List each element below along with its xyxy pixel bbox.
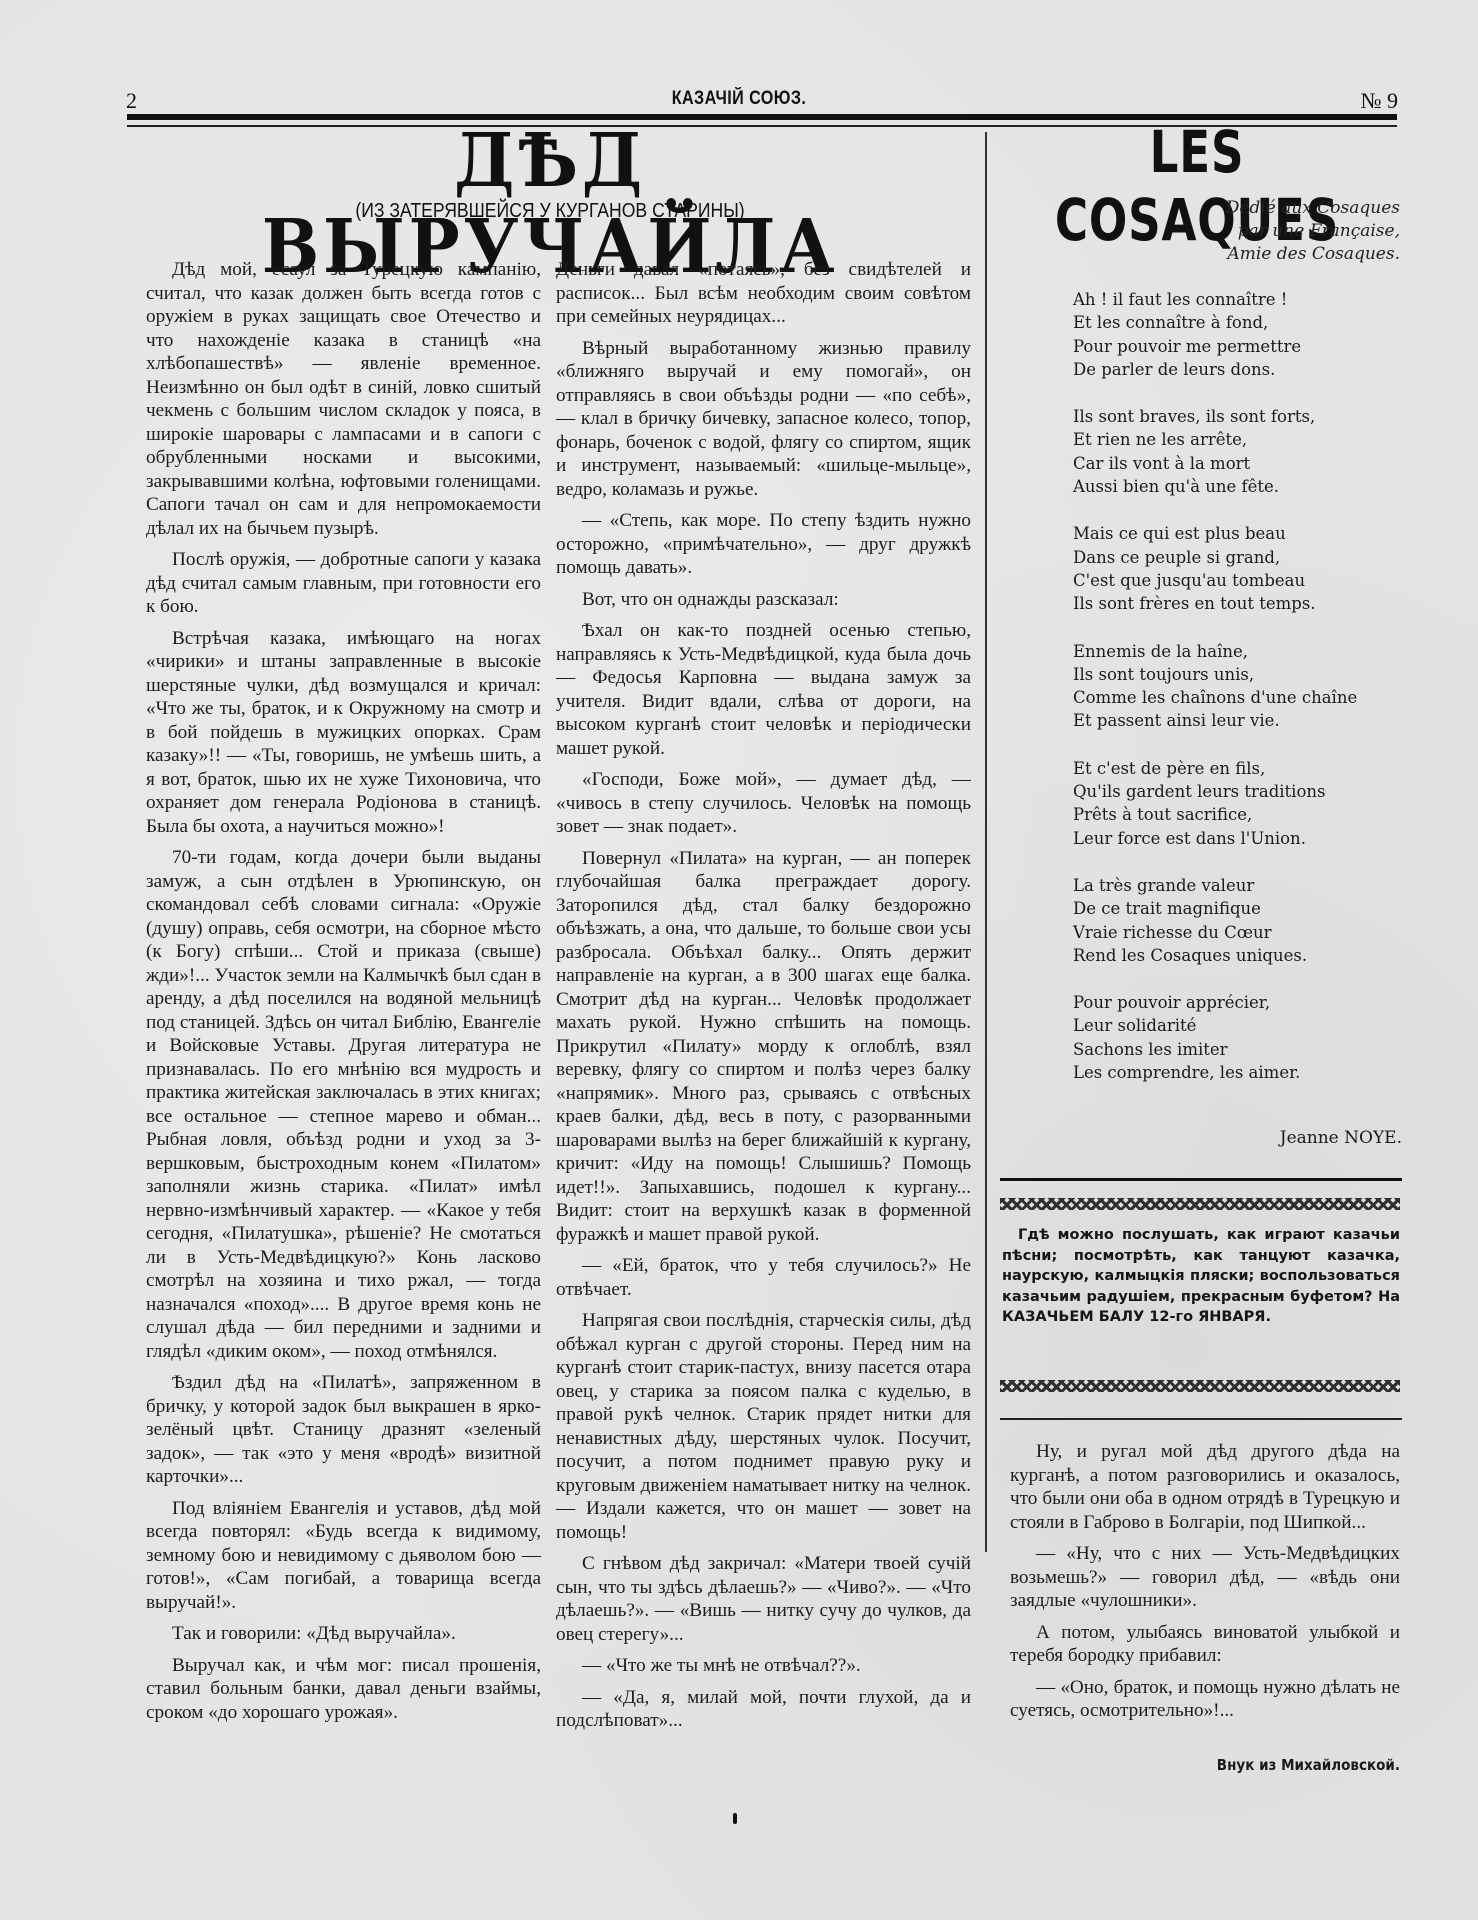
column-divider bbox=[985, 132, 987, 1552]
stanza: Mais ce qui est plus beau Dans ce peuple… bbox=[1073, 522, 1403, 615]
paragraph: — «Степь, как море. По степу ѣздить нужн… bbox=[556, 509, 971, 580]
paragraph: Встрѣчая казака, имѣющаго на ногах «чири… bbox=[146, 627, 541, 839]
poem-line: Et rien ne les arrête, bbox=[1073, 428, 1403, 451]
poem-line: Et les connaître à fond, bbox=[1073, 311, 1403, 334]
article-subtitle: (ИЗ ЗАТЕРЯВШЕЙСЯ У КУРГАНОВ СТАРИНЫ) bbox=[189, 200, 911, 223]
poem-line: Vraie richesse du Cœur bbox=[1073, 921, 1403, 944]
dedication-line: Dédié aux Cosaques bbox=[1100, 197, 1400, 220]
poem-line: Et passent ainsi leur vie. bbox=[1073, 709, 1403, 732]
dedication-line: Amie des Cosaques. bbox=[1100, 243, 1400, 266]
paragraph: Ну, и ругал мой дѣд другого дѣда на кург… bbox=[1010, 1440, 1400, 1534]
poem-line: Pour pouvoir apprécier, bbox=[1073, 991, 1403, 1014]
paragraph: — «Да, я, милай мой, почти глухой, да и … bbox=[556, 1686, 971, 1733]
zigzag-border-top bbox=[1000, 1198, 1400, 1210]
paragraph: 70-ти годам, когда дочери были выданы за… bbox=[146, 846, 541, 1363]
poem-line: De parler de leurs dons. bbox=[1073, 358, 1403, 381]
paragraph: — «Ей, браток, что у тебя случилось?» Не… bbox=[556, 1254, 971, 1301]
article-column-3: Ну, и ругал мой дѣд другого дѣда на кург… bbox=[1010, 1440, 1400, 1731]
poem-line: Sachons les imiter bbox=[1073, 1038, 1403, 1061]
stanza: Ils sont braves, ils sont forts, Et rien… bbox=[1073, 405, 1403, 498]
paragraph: Под вліяніем Евангелія и уставов, дѣд мо… bbox=[146, 1497, 541, 1615]
poem-line: La très grande valeur bbox=[1073, 874, 1403, 897]
stanza: Ennemis de la haîne, Ils sont toujours u… bbox=[1073, 640, 1403, 733]
paragraph: Ѣздил дѣд на «Пилатѣ», запряженном в бри… bbox=[146, 1371, 541, 1489]
paragraph: — «Оно, браток, и помощь нужно дѣлать не… bbox=[1010, 1676, 1400, 1723]
paragraph: Напрягая свои послѣднія, старческія силы… bbox=[556, 1309, 971, 1544]
poem-body: Ah ! il faut les connaître ! Et les conn… bbox=[1073, 288, 1403, 1108]
paragraph: Так и говорили: «Дѣд выручайла». bbox=[146, 1622, 541, 1646]
poem-line: Dans ce peuple si grand, bbox=[1073, 546, 1403, 569]
poem-line: Mais ce qui est plus beau bbox=[1073, 522, 1403, 545]
article-signature: Внук из Михайловской. bbox=[1130, 1756, 1400, 1774]
poem-line: Ils sont braves, ils sont forts, bbox=[1073, 405, 1403, 428]
stanza: Pour pouvoir apprécier, Leur solidarité … bbox=[1073, 991, 1403, 1084]
poem-author: Jeanne NOYE. bbox=[1180, 1128, 1402, 1148]
paragraph: Послѣ оружія, — добротные сапоги у казак… bbox=[146, 548, 541, 619]
poem-line: Leur solidarité bbox=[1073, 1014, 1403, 1037]
poem-line: Prêts à tout sacrifice, bbox=[1073, 803, 1403, 826]
paragraph: — «Ну, что с них — Усть-Медвѣдицких возь… bbox=[1010, 1542, 1400, 1613]
article-column-1: Дѣд мой, есаул за Турецкую кампанію, счи… bbox=[146, 258, 541, 1732]
poem-line: Qu'ils gardent leurs traditions bbox=[1073, 780, 1403, 803]
paragraph: Деньги давал «потаясь», без свидѣтелей и… bbox=[556, 258, 971, 329]
announcement: Гдѣ можно послушать, как играют казачьи … bbox=[1002, 1225, 1400, 1328]
poem-line: Leur force est dans l'Union. bbox=[1073, 827, 1403, 850]
poem-line: Aussi bien qu'à une fête. bbox=[1073, 475, 1403, 498]
poem-line: Ils sont toujours unis, bbox=[1073, 663, 1403, 686]
poem-line: Ennemis de la haîne, bbox=[1073, 640, 1403, 663]
poem-line: Ils sont frères en tout temps. bbox=[1073, 592, 1403, 615]
poem-line: Pour pouvoir me permettre bbox=[1073, 335, 1403, 358]
poem-line: Comme les chaînons d'une chaîne bbox=[1073, 686, 1403, 709]
stanza: Et c'est de père en fils, Qu'ils gardent… bbox=[1073, 757, 1403, 850]
paragraph: Дѣд мой, есаул за Турецкую кампанію, счи… bbox=[146, 258, 541, 540]
poem-line: De ce trait magnifique bbox=[1073, 897, 1403, 920]
announcement-text: Гдѣ можно послушать, как играют казачьи … bbox=[1002, 1225, 1400, 1328]
poem-line: C'est que jusqu'au tombeau bbox=[1073, 569, 1403, 592]
poem-line: Les comprendre, les aimer. bbox=[1073, 1061, 1403, 1084]
newspaper-title: КАЗАЧІЙ СОЮЗ. bbox=[111, 88, 1367, 110]
paragraph: С гнѣвом дѣд закричал: «Матери твоей суч… bbox=[556, 1552, 971, 1646]
announcement-rule-bottom bbox=[1000, 1418, 1402, 1420]
ink-mark bbox=[733, 1813, 737, 1824]
poem-line: Ah ! il faut les connaître ! bbox=[1073, 288, 1403, 311]
issue-number: № 9 bbox=[1361, 88, 1399, 114]
paragraph: Повернул «Пилата» на курган, — ан попере… bbox=[556, 847, 971, 1247]
paragraph: — «Что же ты мнѣ не отвѣчал??». bbox=[556, 1654, 971, 1678]
poem-line: Et c'est de père en fils, bbox=[1073, 757, 1403, 780]
article-column-2: Деньги давал «потаясь», без свидѣтелей и… bbox=[556, 258, 971, 1741]
zigzag-border-bottom bbox=[1000, 1380, 1400, 1392]
stanza: La très grande valeur De ce trait magnif… bbox=[1073, 874, 1403, 967]
paragraph: «Господи, Боже мой», — думает дѣд, — «чи… bbox=[556, 768, 971, 839]
paragraph: Вот, что он однажды разсказал: bbox=[556, 588, 971, 612]
paragraph: Выручал как, и чѣм мог: писал прошенія, … bbox=[146, 1654, 541, 1725]
stanza: Ah ! il faut les connaître ! Et les conn… bbox=[1073, 288, 1403, 381]
poem-dedication: Dédié aux Cosaques par une Française, Am… bbox=[1100, 197, 1400, 266]
paragraph: А потом, улыбаясь виноватой улыбкой и те… bbox=[1010, 1621, 1400, 1668]
paragraph: Ѣхал он как-то поздней осенью степью, на… bbox=[556, 619, 971, 760]
announcement-rule-top bbox=[1000, 1178, 1402, 1181]
poem-line: Rend les Cosaques uniques. bbox=[1073, 944, 1403, 967]
paragraph: Вѣрный выработанному жизнью правилу «бли… bbox=[556, 337, 971, 502]
dedication-line: par une Française, bbox=[1100, 220, 1400, 243]
poem-line: Car ils vont à la mort bbox=[1073, 452, 1403, 475]
